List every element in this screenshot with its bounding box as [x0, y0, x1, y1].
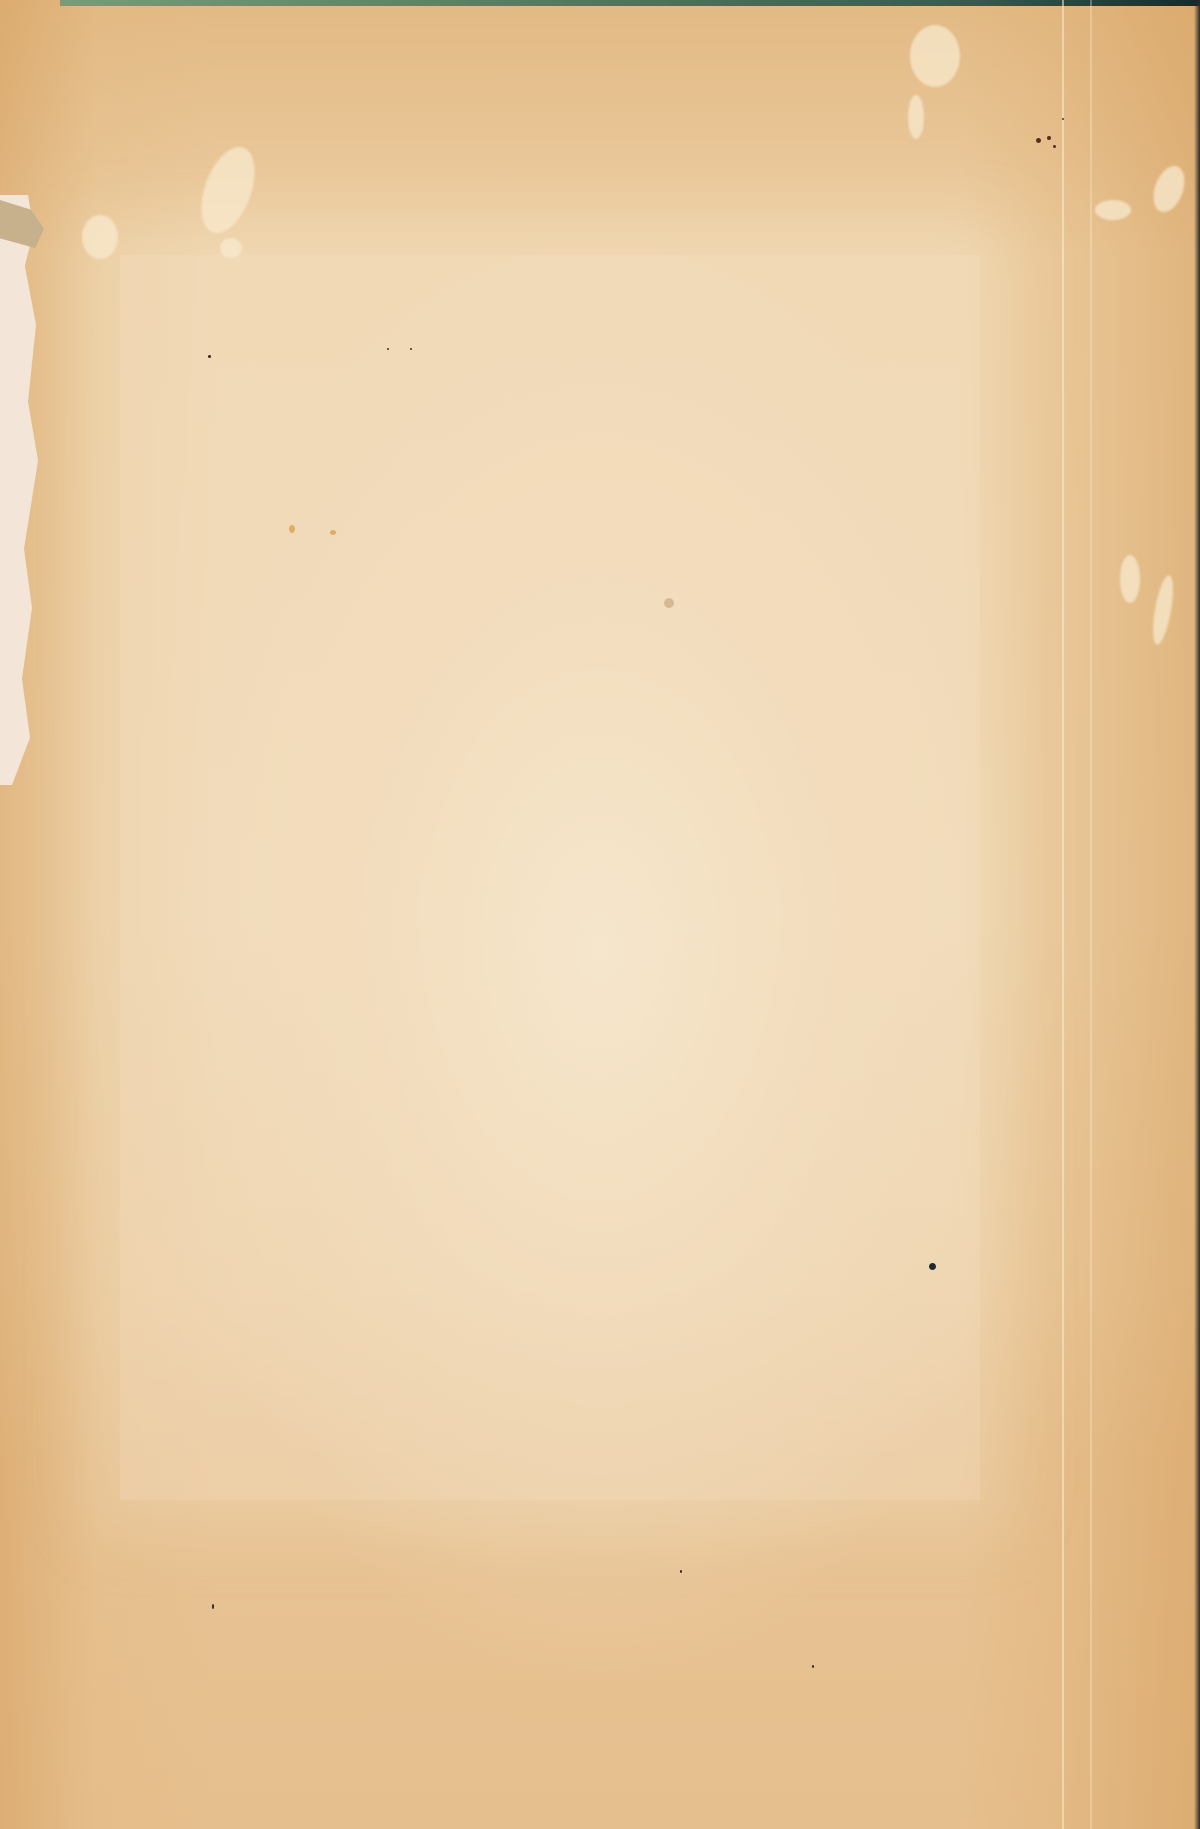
foxing-spot — [680, 1570, 682, 1573]
water-stain — [908, 95, 924, 139]
right-edge-shadow — [1194, 0, 1200, 1829]
torn-left-edge — [0, 195, 40, 785]
vertical-crease — [1090, 0, 1092, 1829]
water-stain — [82, 215, 118, 259]
ink-dot — [929, 1263, 936, 1270]
water-stain — [1149, 574, 1177, 646]
foxing-spot — [1062, 118, 1064, 120]
aged-paper-page — [0, 0, 1200, 1829]
vertical-crease — [1062, 0, 1064, 1829]
water-stain — [1148, 162, 1191, 217]
edge-toning — [0, 0, 1200, 1829]
water-stain — [191, 140, 265, 240]
water-stain — [910, 25, 960, 87]
foxing-spot — [330, 530, 336, 535]
water-stain — [220, 238, 242, 258]
top-edge-strip — [60, 0, 1200, 6]
foxing-spot — [812, 1665, 814, 1668]
foxing-spot — [208, 355, 211, 358]
water-stain — [1095, 200, 1131, 220]
foxing-spot — [1047, 136, 1051, 140]
foxing-spot — [387, 348, 389, 350]
pale-central-panel — [120, 255, 980, 1500]
water-stain — [1120, 555, 1140, 603]
foxing-spot — [410, 348, 412, 350]
foxing-spot — [664, 598, 674, 608]
foxing-spot — [1053, 145, 1056, 148]
foxing-spot — [1036, 138, 1041, 143]
foxing-spot — [289, 525, 295, 533]
foxing-spot — [212, 1604, 214, 1609]
